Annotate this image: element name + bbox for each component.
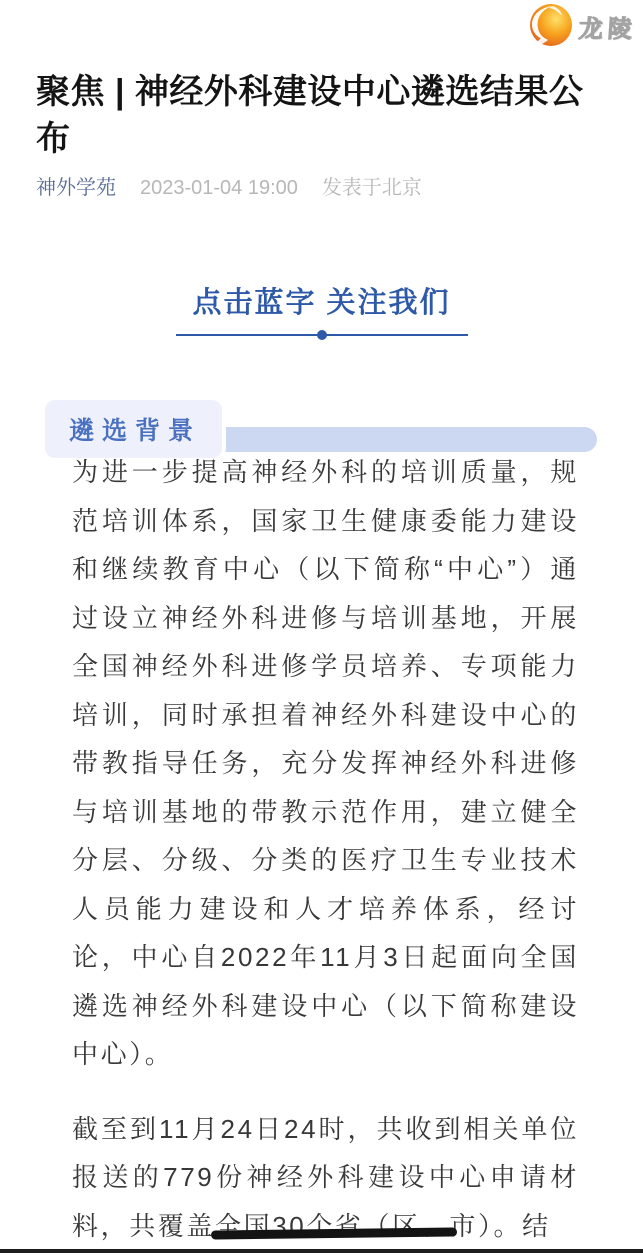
divider-dot-icon bbox=[317, 330, 327, 340]
bottom-image-edge bbox=[0, 1249, 643, 1253]
article-body: 为进一步提高神经外科的培训质量，规范培训体系，国家卫生健康委能力建设和继续教育中… bbox=[72, 448, 579, 1250]
marker-underlined-text: 全国30个省（区、 bbox=[215, 1211, 449, 1241]
watermark: 龙陵 bbox=[527, 2, 637, 50]
account-name-link[interactable]: 神外学苑 bbox=[36, 171, 116, 200]
article-title: 聚焦 | 神经外科建设中心遴选结果公布 bbox=[36, 69, 596, 163]
publish-location: 发表于北京 bbox=[322, 171, 422, 200]
follow-divider bbox=[176, 334, 468, 336]
article-page: 龙陵 聚焦 | 神经外科建设中心遴选结果公布 神外学苑 2023-01-04 1… bbox=[0, 0, 643, 1256]
section-heading: 遴选背景 bbox=[45, 400, 597, 454]
phoenix-sphere-logo-icon bbox=[527, 2, 574, 50]
paragraph: 为进一步提高神经外科的培训质量，规范培训体系，国家卫生健康委能力建设和继续教育中… bbox=[72, 448, 579, 1079]
follow-link[interactable]: 点击蓝字 关注我们 bbox=[192, 280, 450, 321]
byline: 神外学苑 2023-01-04 19:00 发表于北京 bbox=[36, 171, 422, 200]
paragraph-text: 市）。结 bbox=[449, 1211, 550, 1241]
publish-date: 2023-01-04 19:00 bbox=[140, 177, 298, 200]
paragraph: 截至到11月24日24时，共收到相关单位报送的779份神经外科建设中心申请材料，… bbox=[72, 1105, 579, 1251]
follow-banner[interactable]: 点击蓝字 关注我们 bbox=[0, 280, 643, 336]
watermark-brand-text: 龙陵 bbox=[578, 9, 638, 44]
